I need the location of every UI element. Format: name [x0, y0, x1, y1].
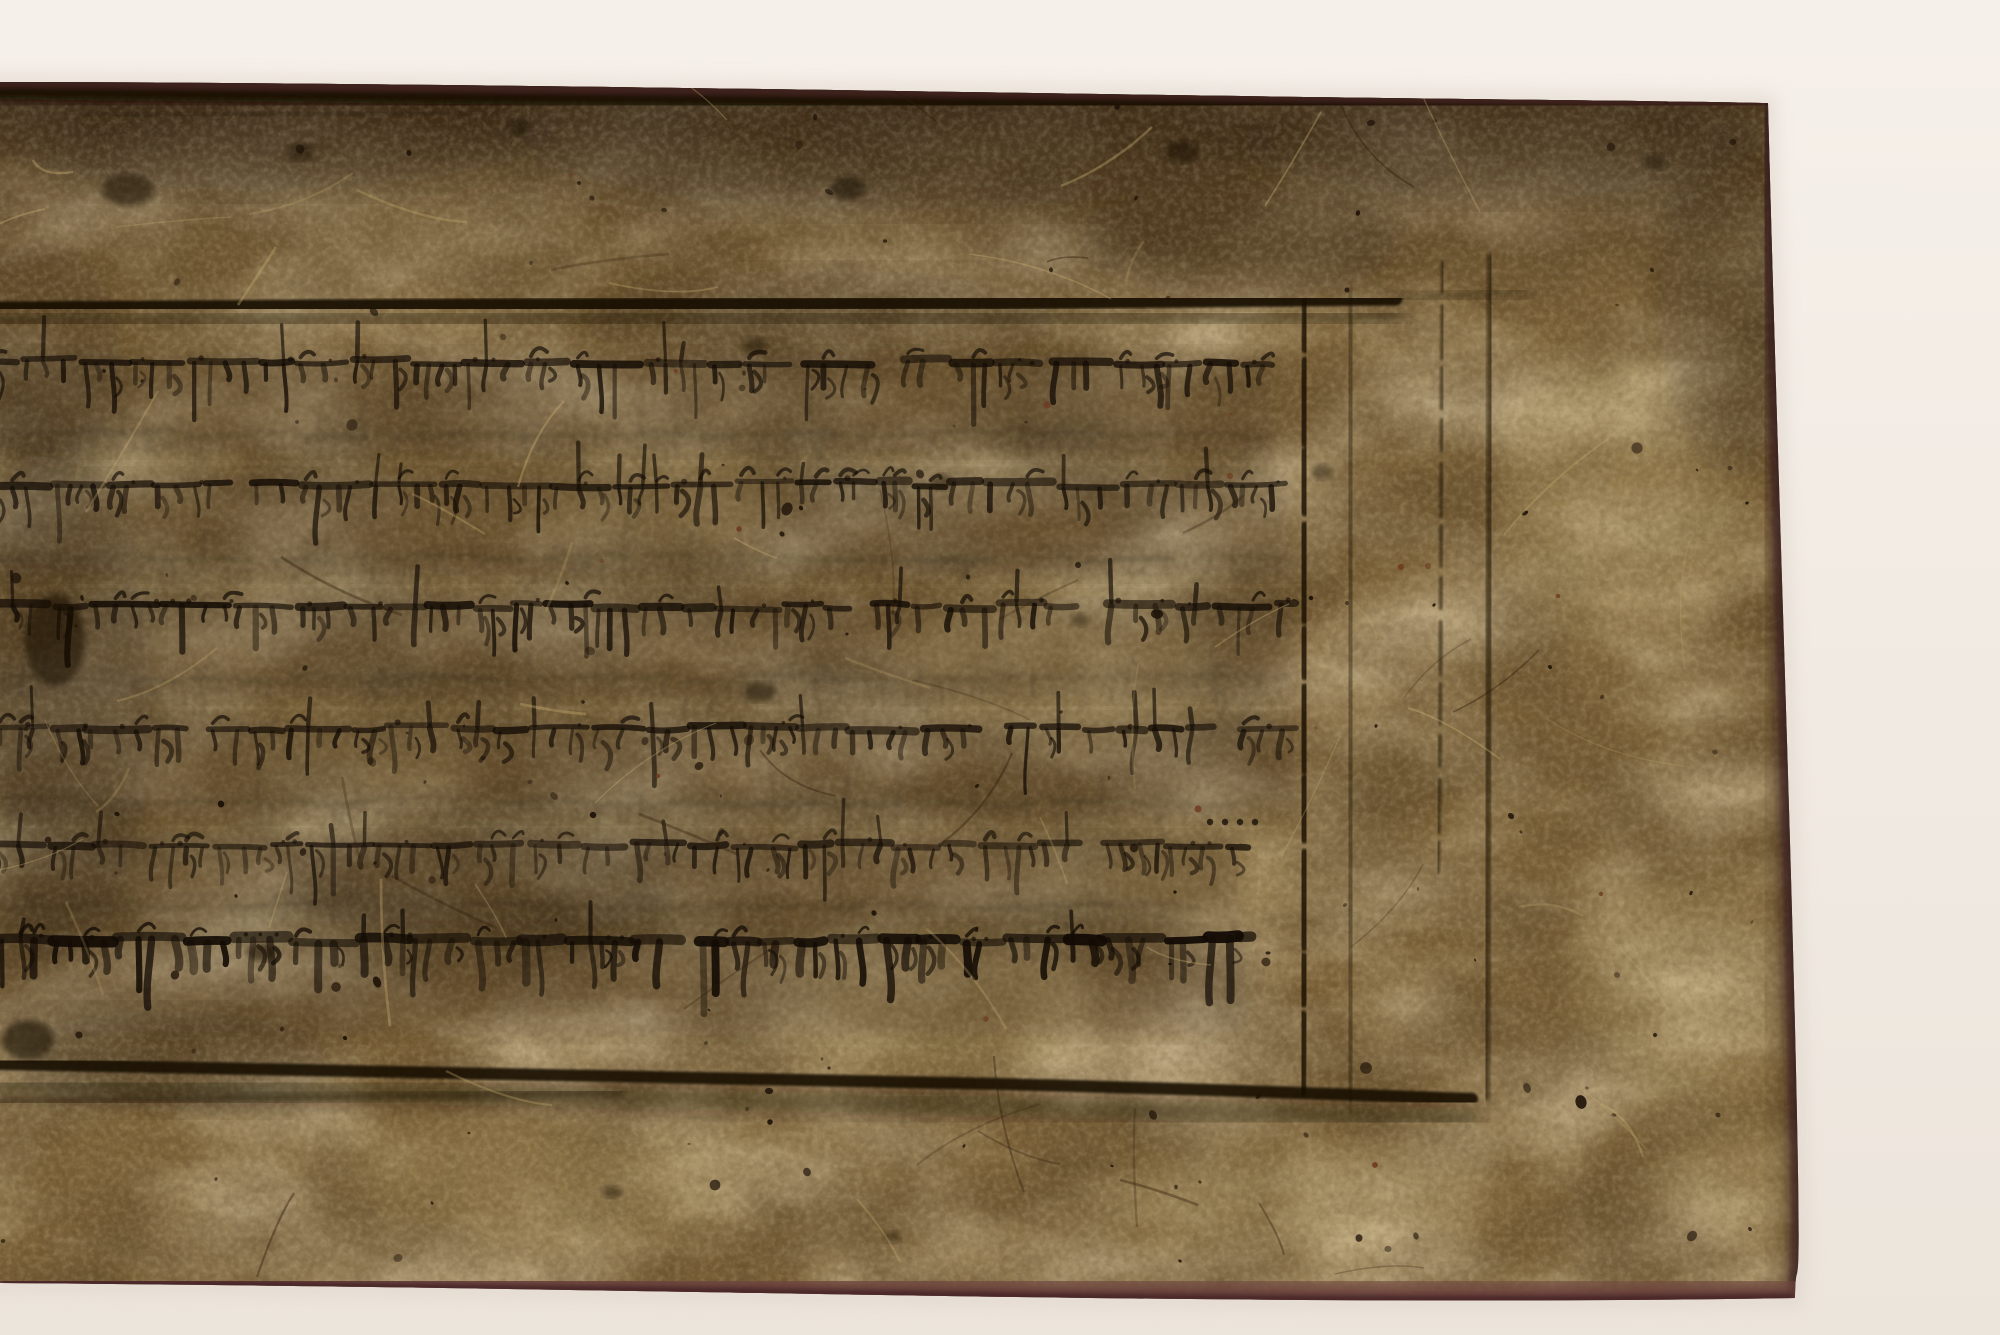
inner-vertical-rule: [1302, 303, 1306, 1092]
photograph-stage: [0, 0, 2000, 1335]
manuscript-photo: [0, 0, 2000, 1335]
top-frame-line-shadow: [0, 314, 1396, 323]
inner-vertical-rule-shadow: [1349, 303, 1352, 1095]
pecha-folio: [0, 50, 2000, 1301]
top-frame-line: [0, 299, 1396, 308]
